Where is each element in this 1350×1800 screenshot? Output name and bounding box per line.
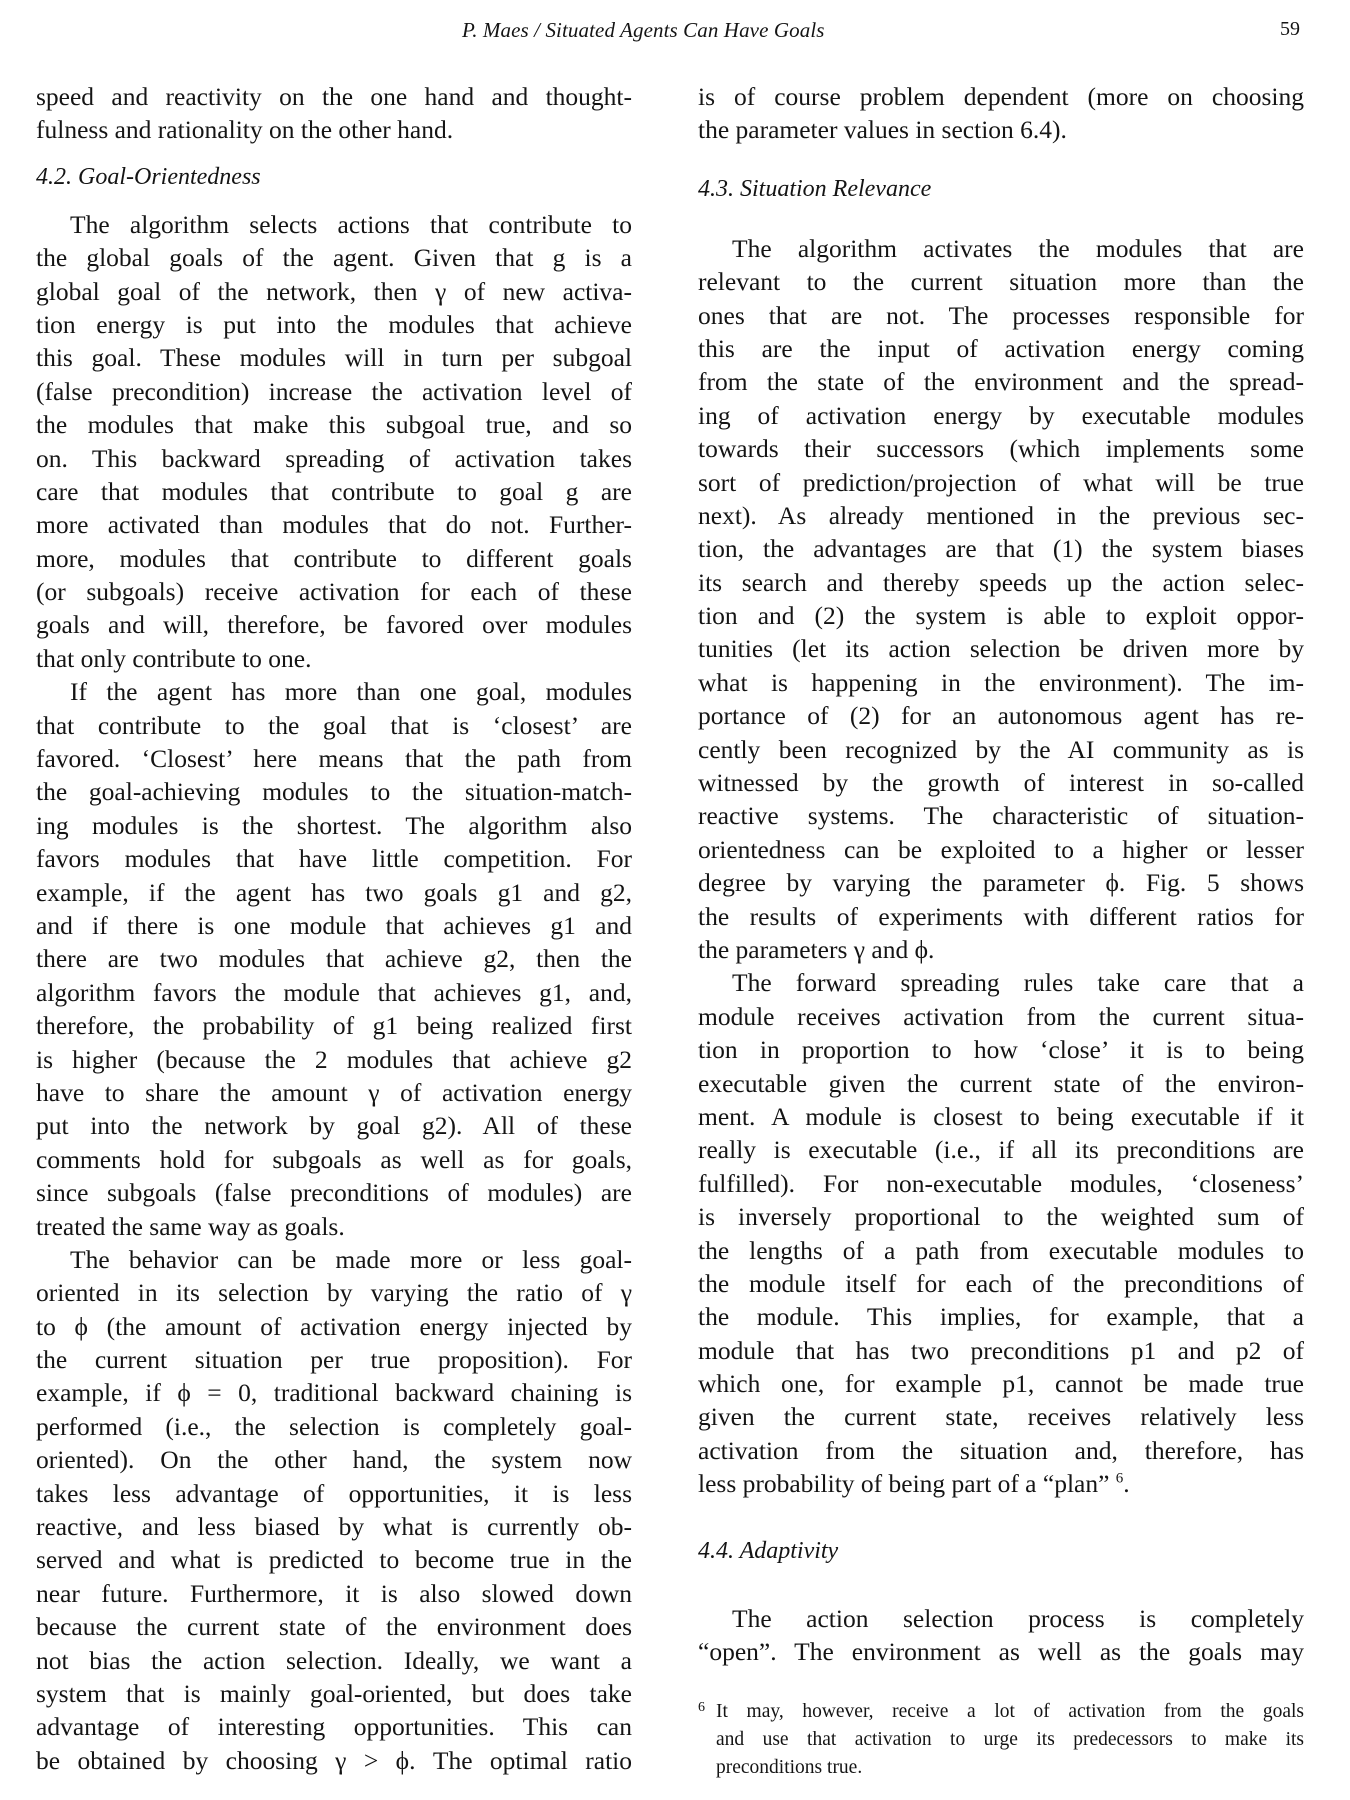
text-line: care that modules that contribute to goa… (36, 475, 632, 508)
text-line: the module. This implies, for example, t… (698, 1300, 1304, 1333)
text-line: cently been recognized by the AI communi… (698, 733, 1304, 766)
text-line: tion energy is put into the modules that… (36, 308, 632, 341)
text-line: “open”. The environment as well as the g… (698, 1635, 1304, 1668)
text-line: served and what is predicted to become t… (36, 1543, 632, 1576)
footnote-6: 6 It may, however, receive a lot of acti… (698, 1698, 1304, 1782)
footnote-mark: 6 (698, 1694, 705, 1722)
text-line: global goal of the network, then γ of ne… (36, 275, 632, 308)
text-line: fulfilled). For non-executable modules, … (698, 1167, 1304, 1200)
text-line: and if there is one module that achieves… (36, 909, 632, 942)
text-line: given the current state, receives relati… (698, 1400, 1304, 1433)
text-line: relevant to the current situation more t… (698, 265, 1304, 298)
right-column: is of course problem dependent (more on … (698, 80, 1304, 1668)
text-line: favored. ‘Closest’ here means that the p… (36, 742, 632, 775)
text-line: takes less advantage of opportunities, i… (36, 1477, 632, 1510)
text-line: that contribute to the goal that is ‘clo… (36, 709, 632, 742)
text-line: system that is mainly goal-oriented, but… (36, 1677, 632, 1710)
text-line: next). As already mentioned in the previ… (698, 499, 1304, 532)
paragraph-continued: speed and reactivity on the one hand and… (36, 80, 632, 147)
text-line: the modules that make this subgoal true,… (36, 408, 632, 441)
section-heading-4-4: 4.4. Adaptivity (698, 1535, 1304, 1568)
footnote-line: It may, however, receive a lot of activa… (698, 1698, 1304, 1726)
text-line: reactive systems. The characteristic of … (698, 799, 1304, 832)
text-line: the global goals of the agent. Given tha… (36, 241, 632, 274)
text-line: orientedness can be exploited to a highe… (698, 833, 1304, 866)
text-line: because the current state of the environ… (36, 1610, 632, 1643)
text-line: to ϕ (the amount of activation energy in… (36, 1310, 632, 1343)
text-line: speed and reactivity on the one hand and… (36, 80, 632, 113)
text-line: really is executable (i.e., if all its p… (698, 1133, 1304, 1166)
text-line: The behavior can be made more or less go… (36, 1243, 632, 1276)
text-line: not bias the action selection. Ideally, … (36, 1644, 632, 1677)
running-title: P. Maes / Situated Agents Can Have Goals (462, 18, 825, 43)
text-line: example, if ϕ = 0, traditional backward … (36, 1376, 632, 1409)
paragraph: The algorithm activates the modules that… (698, 232, 1304, 967)
text-line: there are two modules that achieve g2, t… (36, 942, 632, 975)
paragraph: If the agent has more than one goal, mod… (36, 675, 632, 1243)
text-line: reactive, and less biased by what is cur… (36, 1510, 632, 1543)
text-line: The action selection process is complete… (698, 1602, 1304, 1635)
text-line: the current situation per true propositi… (36, 1343, 632, 1376)
text-line: is of course problem dependent (more on … (698, 80, 1304, 113)
text-line: module that has two preconditions p1 and… (698, 1334, 1304, 1367)
text-line: ing modules is the shortest. The algorit… (36, 809, 632, 842)
text-line: sort of prediction/projection of what wi… (698, 466, 1304, 499)
text-line: its search and thereby speeds up the act… (698, 566, 1304, 599)
text-line: the goal-achieving modules to the situat… (36, 775, 632, 808)
text-line: put into the network by goal g2). All of… (36, 1109, 632, 1142)
text-line: have to share the amount γ of activation… (36, 1076, 632, 1109)
text-line: example, if the agent has two goals g1 a… (36, 876, 632, 909)
text-line: the parameters γ and ϕ. (698, 933, 1304, 966)
text-line: (false precondition) increase the activa… (36, 375, 632, 408)
text-line: this goal. These modules will in turn pe… (36, 341, 632, 374)
text-line: which one, for example p1, cannot be mad… (698, 1367, 1304, 1400)
text-line: near future. Furthermore, it is also slo… (36, 1577, 632, 1610)
text-line: is inversely proportional to the weighte… (698, 1200, 1304, 1233)
text-line: If the agent has more than one goal, mod… (36, 675, 632, 708)
text-line: from the state of the environment and th… (698, 365, 1304, 398)
text-line: tion, the advantages are that (1) the sy… (698, 532, 1304, 565)
text-line: advantage of interesting opportunities. … (36, 1710, 632, 1743)
footnote-ref-6[interactable]: 6 (1116, 1471, 1124, 1487)
text-line: oriented in its selection by varying the… (36, 1276, 632, 1309)
text-line: be obtained by choosing γ > ϕ. The optim… (36, 1744, 632, 1777)
text-line: ment. A module is closest to being execu… (698, 1100, 1304, 1133)
running-head: P. Maes / Situated Agents Can Have Goals… (0, 18, 1350, 48)
text-line: tunities (let its action selection be dr… (698, 632, 1304, 665)
text-line: module receives activation from the curr… (698, 1000, 1304, 1033)
text-line: ones that are not. The processes respons… (698, 299, 1304, 332)
text-line-content: less probability of being part of a “pla… (698, 1469, 1116, 1498)
text-line: more activated than modules that do not.… (36, 508, 632, 541)
text-line: The algorithm activates the modules that… (698, 232, 1304, 265)
text-line: degree by varying the parameter ϕ. Fig. … (698, 866, 1304, 899)
text-line: The algorithm selects actions that contr… (36, 208, 632, 241)
text-line: on. This backward spreading of activatio… (36, 442, 632, 475)
text-line: more, modules that contribute to differe… (36, 542, 632, 575)
text-line: this are the input of activation energy … (698, 332, 1304, 365)
text-line: performed (i.e., the selection is comple… (36, 1410, 632, 1443)
text-line: comments hold for subgoals as well as fo… (36, 1143, 632, 1176)
paragraph: The forward spreading rules take care th… (698, 966, 1304, 1500)
text-line: the lengths of a path from executable mo… (698, 1234, 1304, 1267)
text-line: the results of experiments with differen… (698, 900, 1304, 933)
text-line: tion and (2) the system is able to explo… (698, 599, 1304, 632)
text-line: favors modules that have little competit… (36, 842, 632, 875)
text-line: witnessed by the growth of interest in s… (698, 766, 1304, 799)
text-line: goals and will, therefore, be favored ov… (36, 608, 632, 641)
text-line: that only contribute to one. (36, 642, 632, 675)
footnote-line: preconditions true. (698, 1754, 1304, 1782)
text-line: fulness and rationality on the other han… (36, 113, 632, 146)
text-line: the module itself for each of the precon… (698, 1267, 1304, 1300)
paragraph: The behavior can be made more or less go… (36, 1243, 632, 1777)
text-line: executable given the current state of th… (698, 1067, 1304, 1100)
section-heading-4-3: 4.3. Situation Relevance (698, 173, 1304, 206)
text-line: The forward spreading rules take care th… (698, 966, 1304, 999)
text-line: algorithm favors the module that achieve… (36, 976, 632, 1009)
text-line: ing of activation energy by executable m… (698, 399, 1304, 432)
text-line: towards their successors (which implemen… (698, 432, 1304, 465)
text-line: portance of (2) for an autonomous agent … (698, 699, 1304, 732)
paragraph: The algorithm selects actions that contr… (36, 208, 632, 675)
text-line: (or subgoals) receive activation for eac… (36, 575, 632, 608)
section-heading-4-2: 4.2. Goal-Orientedness (36, 161, 632, 194)
paragraph: The action selection process is complete… (698, 1602, 1304, 1669)
text-line: since subgoals (false preconditions of m… (36, 1176, 632, 1209)
text-line: therefore, the probability of g1 being r… (36, 1009, 632, 1042)
text-line: less probability of being part of a “pla… (698, 1467, 1304, 1500)
paragraph-continued: is of course problem dependent (more on … (698, 80, 1304, 147)
text-line: treated the same way as goals. (36, 1210, 632, 1243)
left-column: speed and reactivity on the one hand and… (36, 80, 632, 1777)
text-line: oriented). On the other hand, the system… (36, 1443, 632, 1476)
text-line: is higher (because the 2 modules that ac… (36, 1043, 632, 1076)
footnote-line: and use that activation to urge its pred… (698, 1726, 1304, 1754)
text-line: tion in proportion to how ‘close’ it is … (698, 1033, 1304, 1066)
page-number: 59 (1280, 18, 1300, 41)
text-line: the parameter values in section 6.4). (698, 113, 1304, 146)
text-line: what is happening in the environment). T… (698, 666, 1304, 699)
text-line: activation from the situation and, there… (698, 1434, 1304, 1467)
